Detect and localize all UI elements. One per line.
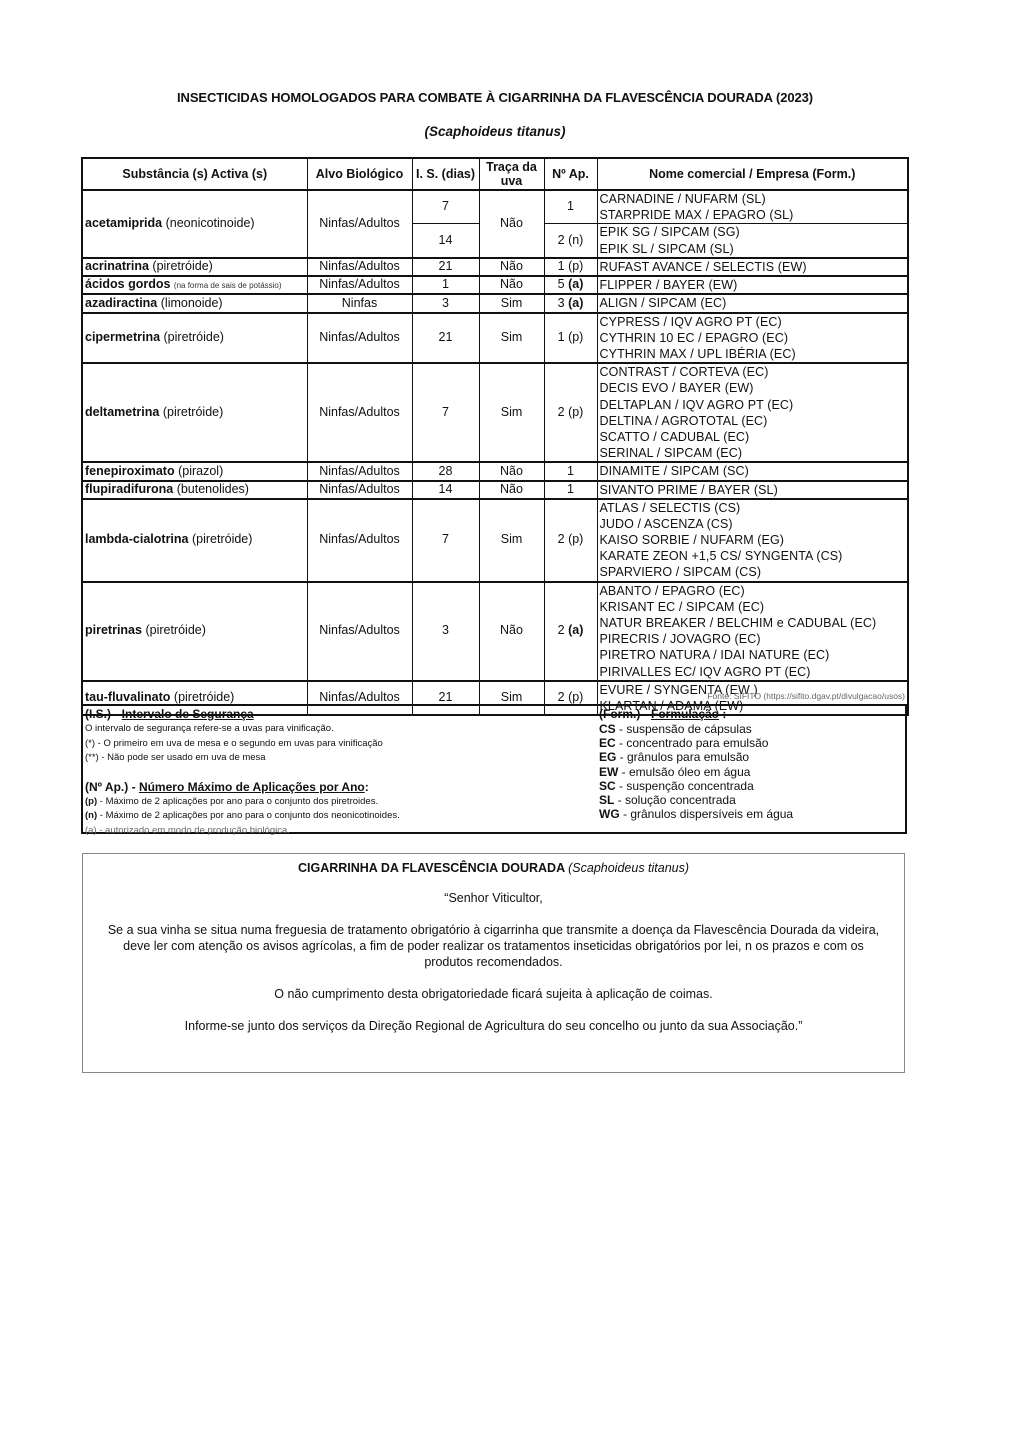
- formulation-item: EC - concentrado para emulsão: [599, 736, 899, 750]
- legend-nap-line: (n) - Máximo de 2 aplicações por ano par…: [85, 809, 585, 824]
- substance-family: (na forma de sais de potássio): [174, 281, 282, 290]
- legend-right: (Form.) - Formulação : CS - suspensão de…: [599, 707, 899, 821]
- substance-name: ácidos gordos: [85, 277, 170, 291]
- notice-body-paragraph: Se a sua vinha se situa numa freguesia d…: [83, 922, 904, 970]
- legend-form-heading: (Form.) - Formulação :: [599, 707, 899, 722]
- substance-name: fenepiroximato: [85, 464, 175, 478]
- substance-cell: flupiradifurona (butenolides): [82, 481, 307, 499]
- substance-name: piretrinas: [85, 623, 142, 637]
- substance-name: deltametrina: [85, 405, 159, 419]
- product-name: SIVANTO PRIME / BAYER (SL): [600, 482, 906, 498]
- product-name: ATLAS / SELECTIS (CS): [600, 500, 906, 516]
- formulation-item: SL - solução concentrada: [599, 793, 899, 807]
- target-cell: Ninfas/Adultos: [307, 462, 412, 480]
- substance-name: tau-fluvalinato: [85, 690, 170, 704]
- product-name: EPIK SG / SIPCAM (SG): [600, 224, 906, 240]
- interval-cell: 7: [412, 190, 479, 224]
- header-products: Nome comercial / Empresa (Form.): [597, 158, 908, 190]
- table-row: piretrinas (piretróide)Ninfas/Adultos3Nã…: [82, 582, 908, 681]
- applications-cell: 3 (a): [544, 294, 597, 312]
- products-cell: ATLAS / SELECTIS (CS)JUDO / ASCENZA (CS)…: [597, 499, 908, 582]
- product-name: CONTRAST / CORTEVA (EC): [600, 364, 906, 380]
- substance-name: cipermetrina: [85, 330, 160, 344]
- substance-cell: ácidos gordos (na forma de sais de potás…: [82, 276, 307, 295]
- formulation-item: WG - grânulos dispersíveis em água: [599, 807, 899, 821]
- product-name: SPARVIERO / SIPCAM (CS): [600, 564, 906, 580]
- substance-family: (piretróide): [152, 259, 212, 273]
- formulation-item: EW - emulsão óleo em água: [599, 765, 899, 779]
- product-name: RUFAST AVANCE / SELECTIS (EW): [600, 259, 906, 275]
- moth-cell: Não: [479, 462, 544, 480]
- interval-cell: 28: [412, 462, 479, 480]
- product-name: SERINAL / SIPCAM (EC): [600, 445, 906, 461]
- source-note: Fonte: SIFITO (https://sifito.dgav.pt/di…: [500, 691, 905, 701]
- interval-cell: 3: [412, 582, 479, 681]
- header-applications: Nº Ap.: [544, 158, 597, 190]
- products-cell: SIVANTO PRIME / BAYER (SL): [597, 481, 908, 499]
- products-cell: CYPRESS / IQV AGRO PT (EC)CYTHRIN 10 EC …: [597, 313, 908, 364]
- product-name: STARPRIDE MAX / EPAGRO (SL): [600, 207, 906, 223]
- substance-cell: lambda-cialotrina (piretróide): [82, 499, 307, 582]
- legend-organic-note: (a) - autorizado em modo de produção bio…: [85, 824, 585, 839]
- substance-family: (piretróide): [145, 623, 205, 637]
- substance-cell: deltametrina (piretróide): [82, 363, 307, 462]
- product-name: CYTHRIN MAX / UPL IBÉRIA (EC): [600, 346, 906, 362]
- interval-cell: 14: [412, 224, 479, 258]
- target-cell: Ninfas/Adultos: [307, 276, 412, 295]
- substance-name: acrinatrina: [85, 259, 149, 273]
- moth-cell: Não: [479, 481, 544, 499]
- table-row: flupiradifurona (butenolides)Ninfas/Adul…: [82, 481, 908, 499]
- products-cell: CONTRAST / CORTEVA (EC)DECIS EVO / BAYER…: [597, 363, 908, 462]
- product-name: NATUR BREAKER / BELCHIM e CADUBAL (EC): [600, 615, 906, 631]
- substance-name: acetamiprida: [85, 216, 162, 230]
- applications-cell: 1 (p): [544, 313, 597, 364]
- target-cell: Ninfas: [307, 294, 412, 312]
- target-cell: Ninfas/Adultos: [307, 363, 412, 462]
- moth-cell: Não: [479, 190, 544, 258]
- product-name: SCATTO / CADUBAL (EC): [600, 429, 906, 445]
- product-name: ALIGN / SIPCAM (EC): [600, 295, 906, 311]
- table-row: deltametrina (piretróide)Ninfas/Adultos7…: [82, 363, 908, 462]
- product-name: DINAMITE / SIPCAM (SC): [600, 463, 906, 479]
- notice-body-paragraph: Informe-se junto dos serviços da Direção…: [83, 1018, 904, 1034]
- table-row: ácidos gordos (na forma de sais de potás…: [82, 276, 908, 295]
- moth-cell: Não: [479, 582, 544, 681]
- target-cell: Ninfas/Adultos: [307, 499, 412, 582]
- table-row: fenepiroximato (pirazol)Ninfas/Adultos28…: [82, 462, 908, 480]
- substance-family: (piretróide): [192, 532, 252, 546]
- formulation-item: CS - suspensão de cápsulas: [599, 722, 899, 736]
- product-name: EPIK SL / SIPCAM (SL): [600, 241, 906, 257]
- interval-cell: 3: [412, 294, 479, 312]
- applications-cell: 2 (p): [544, 363, 597, 462]
- product-name: CYTHRIN 10 EC / EPAGRO (EC): [600, 330, 906, 346]
- substance-family: (limonoide): [161, 296, 223, 310]
- moth-cell: Não: [479, 258, 544, 276]
- interval-cell: 1: [412, 276, 479, 295]
- product-name: FLIPPER / BAYER (EW): [600, 277, 906, 293]
- moth-cell: Sim: [479, 294, 544, 312]
- notice-title: CIGARRINHA DA FLAVESCÊNCIA DOURADA (Scap…: [83, 860, 904, 876]
- substance-family: (piretróide): [163, 405, 223, 419]
- formulation-description: - solução concentrada: [614, 793, 735, 807]
- product-name: KAISO SORBIE / NUFARM (EG): [600, 532, 906, 548]
- moth-cell: Sim: [479, 363, 544, 462]
- table-row: acrinatrina (piretróide)Ninfas/Adultos21…: [82, 258, 908, 276]
- legend-box: (I.S.) - Intervalo de Segurança O interv…: [81, 704, 907, 834]
- formulation-code: EC: [599, 736, 616, 750]
- legend-nap-heading: (Nº Ap.) - Número Máximo de Aplicações p…: [85, 780, 585, 795]
- interval-cell: 21: [412, 258, 479, 276]
- substance-name: lambda-cialotrina: [85, 532, 189, 546]
- product-name: PIRECRIS / JOVAGRO (EC): [600, 631, 906, 647]
- legend-is-heading: (I.S.) - Intervalo de Segurança: [85, 707, 585, 722]
- applications-note: (a): [568, 277, 583, 291]
- products-cell: DINAMITE / SIPCAM (SC): [597, 462, 908, 480]
- interval-cell: 7: [412, 499, 479, 582]
- formulation-item: EG - grânulos para emulsão: [599, 750, 899, 764]
- table-row: acetamiprida (neonicotinoide)Ninfas/Adul…: [82, 190, 908, 224]
- legend-nap-line: (p) - Máximo de 2 aplicações por ano par…: [85, 795, 585, 810]
- document-subtitle: (Scaphoideus titanus): [0, 124, 990, 139]
- substance-family: (neonicotinoide): [166, 216, 255, 230]
- formulation-code: EG: [599, 750, 616, 764]
- product-name: ABANTO / EPAGRO (EC): [600, 583, 906, 599]
- products-cell: ABANTO / EPAGRO (EC)KRISANT EC / SIPCAM …: [597, 582, 908, 681]
- product-name: DELTINA / AGROTOTAL (EC): [600, 413, 906, 429]
- table-row: lambda-cialotrina (piretróide)Ninfas/Adu…: [82, 499, 908, 582]
- applications-cell: 2 (n): [544, 224, 597, 258]
- target-cell: Ninfas/Adultos: [307, 190, 412, 258]
- substance-family: (piretróide): [174, 690, 234, 704]
- table-header-row: Substância (s) Activa (s) Alvo Biológico…: [82, 158, 908, 190]
- formulation-description: - grânulos para emulsão: [616, 750, 749, 764]
- formulation-code: SL: [599, 793, 614, 807]
- substance-family: (piretróide): [164, 330, 224, 344]
- table-body: acetamiprida (neonicotinoide)Ninfas/Adul…: [82, 190, 908, 715]
- substance-cell: acetamiprida (neonicotinoide): [82, 190, 307, 258]
- formulation-list: CS - suspensão de cápsulasEC - concentra…: [599, 722, 899, 821]
- applications-note: (a): [568, 296, 583, 310]
- product-name: KRISANT EC / SIPCAM (EC): [600, 599, 906, 615]
- formulation-description: - suspenção concentrada: [616, 779, 754, 793]
- product-name: JUDO / ASCENZA (CS): [600, 516, 906, 532]
- formulation-description: - concentrado para emulsão: [616, 736, 769, 750]
- legend-is-line: (**) - Não pode ser usado em uva de mesa: [85, 751, 585, 766]
- substance-cell: cipermetrina (piretróide): [82, 313, 307, 364]
- target-cell: Ninfas/Adultos: [307, 582, 412, 681]
- product-name: PIRIVALLES EC/ IQV AGRO PT (EC): [600, 664, 906, 680]
- products-cell: RUFAST AVANCE / SELECTIS (EW): [597, 258, 908, 276]
- moth-cell: Não: [479, 276, 544, 295]
- products-cell: FLIPPER / BAYER (EW): [597, 276, 908, 295]
- product-name: DECIS EVO / BAYER (EW): [600, 380, 906, 396]
- document-title: INSECTICIDAS HOMOLOGADOS PARA COMBATE À …: [0, 90, 990, 105]
- substance-family: (pirazol): [178, 464, 223, 478]
- applications-cell: 1: [544, 462, 597, 480]
- substance-name: flupiradifurona: [85, 482, 173, 496]
- formulation-code: SC: [599, 779, 616, 793]
- substance-cell: acrinatrina (piretróide): [82, 258, 307, 276]
- formulation-description: - grânulos dispersíveis em água: [620, 807, 793, 821]
- formulation-code: WG: [599, 807, 620, 821]
- substance-cell: piretrinas (piretróide): [82, 582, 307, 681]
- interval-cell: 7: [412, 363, 479, 462]
- applications-cell: 2 (p): [544, 499, 597, 582]
- applications-cell: 1: [544, 481, 597, 499]
- table-row: azadiractina (limonoide)Ninfas3Sim3 (a)A…: [82, 294, 908, 312]
- substance-family: (butenolides): [177, 482, 249, 496]
- applications-cell: 5 (a): [544, 276, 597, 295]
- notice-box: CIGARRINHA DA FLAVESCÊNCIA DOURADA (Scap…: [82, 853, 905, 1073]
- formulation-item: SC - suspenção concentrada: [599, 779, 899, 793]
- formulation-description: - emulsão óleo em água: [618, 765, 750, 779]
- applications-cell: 1: [544, 190, 597, 224]
- insecticides-table: Substância (s) Activa (s) Alvo Biológico…: [81, 157, 909, 716]
- target-cell: Ninfas/Adultos: [307, 481, 412, 499]
- applications-cell: 1 (p): [544, 258, 597, 276]
- product-name: CARNADINE / NUFARM (SL): [600, 191, 906, 207]
- product-name: CYPRESS / IQV AGRO PT (EC): [600, 314, 906, 330]
- notice-greeting: “Senhor Viticultor,: [83, 890, 904, 906]
- formulation-description: - suspensão de cápsulas: [616, 722, 752, 736]
- legend-is-line: (*) - O primeiro em uva de mesa e o segu…: [85, 737, 585, 752]
- substance-name: azadiractina: [85, 296, 157, 310]
- legend-left: (I.S.) - Intervalo de Segurança O interv…: [85, 707, 585, 838]
- header-substance: Substância (s) Activa (s): [82, 158, 307, 190]
- products-cell: EPIK SG / SIPCAM (SG)EPIK SL / SIPCAM (S…: [597, 224, 908, 258]
- moth-cell: Sim: [479, 313, 544, 364]
- legend-is-line: O intervalo de segurança refere-se a uva…: [85, 722, 585, 737]
- formulation-code: EW: [599, 765, 618, 779]
- product-name: PIRETRO NATURA / IDAI NATURE (EC): [600, 647, 906, 663]
- products-cell: CARNADINE / NUFARM (SL)STARPRIDE MAX / E…: [597, 190, 908, 224]
- target-cell: Ninfas/Adultos: [307, 258, 412, 276]
- formulation-code: CS: [599, 722, 616, 736]
- header-moth: Traça da uva: [479, 158, 544, 190]
- substance-cell: fenepiroximato (pirazol): [82, 462, 307, 480]
- applications-note: (a): [568, 623, 583, 637]
- substance-cell: azadiractina (limonoide): [82, 294, 307, 312]
- applications-cell: 2 (a): [544, 582, 597, 681]
- header-target: Alvo Biológico: [307, 158, 412, 190]
- products-cell: ALIGN / SIPCAM (EC): [597, 294, 908, 312]
- target-cell: Ninfas/Adultos: [307, 313, 412, 364]
- product-name: KARATE ZEON +1,5 CS/ SYNGENTA (CS): [600, 548, 906, 564]
- interval-cell: 14: [412, 481, 479, 499]
- product-name: DELTAPLAN / IQV AGRO PT (EC): [600, 397, 906, 413]
- header-interval: I. S. (dias): [412, 158, 479, 190]
- notice-body-paragraph: O não cumprimento desta obrigatoriedade …: [83, 986, 904, 1002]
- moth-cell: Sim: [479, 499, 544, 582]
- table-row: cipermetrina (piretróide)Ninfas/Adultos2…: [82, 313, 908, 364]
- interval-cell: 21: [412, 313, 479, 364]
